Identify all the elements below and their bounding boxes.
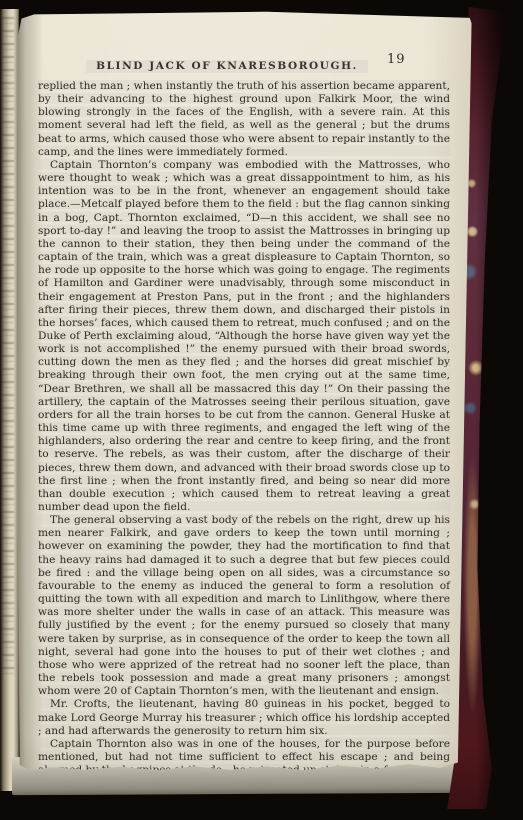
facing-page-edge — [0, 9, 19, 791]
paragraph: replied the man ; when instantly the tru… — [38, 80, 450, 159]
paragraph: The general observing a vast body of the… — [38, 514, 450, 698]
facing-page-text-blur — [1, 17, 14, 679]
running-header: BLIND JACK OF KNARESBOROUGH. — [86, 60, 368, 73]
page-content: BLIND JACK OF KNARESBOROUGH. 19 replied … — [38, 11, 450, 777]
page-number: 19 — [387, 52, 406, 67]
paragraph: Mr. Crofts, the lieutenant, having 80 gu… — [38, 698, 450, 737]
book-page: BLIND JACK OF KNARESBOROUGH. 19 replied … — [16, 11, 472, 774]
paragraph: Captain Thornton’s company was embodied … — [38, 159, 450, 514]
body-text: replied the man ; when instantly the tru… — [38, 80, 450, 777]
page-header: BLIND JACK OF KNARESBOROUGH. 19 — [38, 54, 450, 71]
